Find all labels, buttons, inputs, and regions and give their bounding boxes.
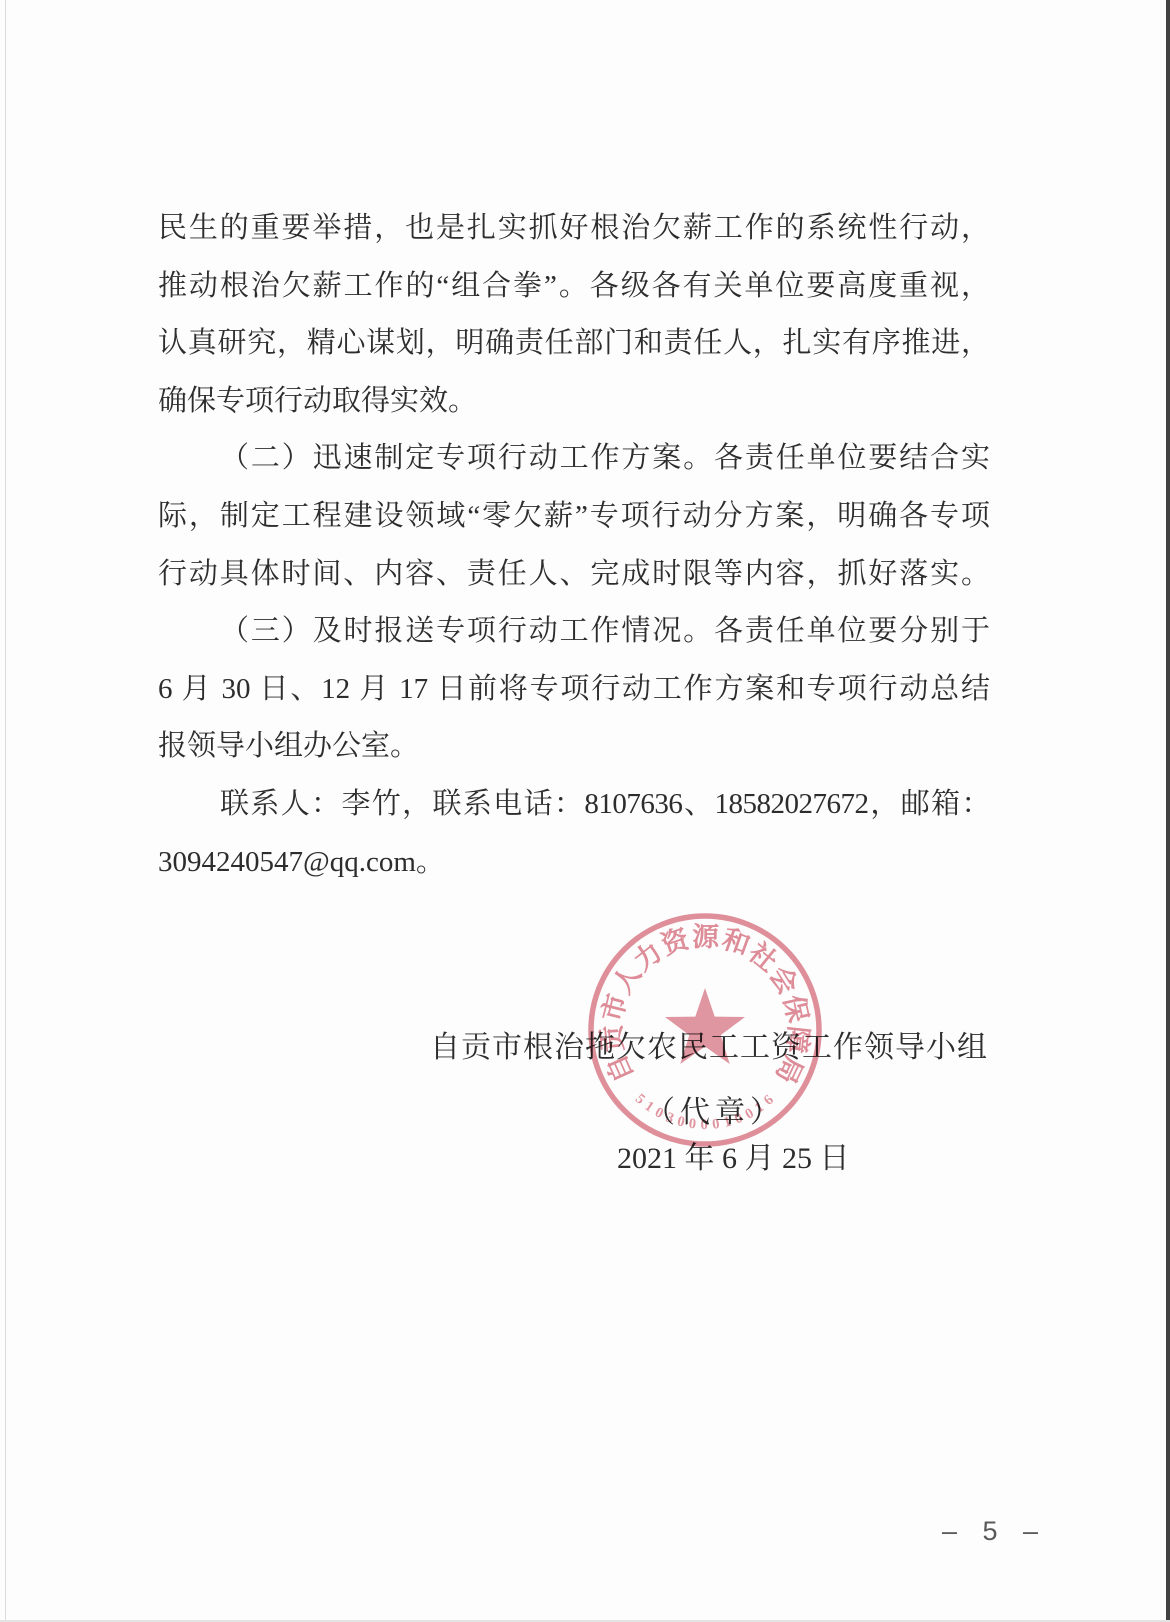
- body-line: 推动根治欠薪工作的“组合拳”。各级各有关单位要高度重视，: [158, 258, 990, 316]
- document-page: 民生的重要举措，也是扎实抓好根治欠薪工作的系统性行动， 推动根治欠薪工作的“组合…: [0, 0, 1170, 1622]
- scan-edge-right: [1166, 0, 1170, 1622]
- body-line: 确保专项行动取得实效。: [158, 373, 990, 431]
- body-line: 认真研究，精心谋划，明确责任部门和责任人，扎实有序推进，: [158, 315, 990, 373]
- body-line: 报领导小组办公室。: [158, 718, 990, 776]
- body-line: 民生的重要举措，也是扎实抓好根治欠薪工作的系统性行动，: [158, 200, 990, 258]
- scan-edge-left: [5, 0, 6, 1622]
- signature-org-name: 自贡市根治拖欠农民工工资工作领导小组: [430, 1022, 988, 1066]
- body-line: 行动具体时间、内容、责任人、完成时限等内容，抓好落实。: [158, 546, 990, 604]
- signature-proxy-note: （代章）: [645, 1087, 785, 1131]
- body-line: 6 月 30 日、12 月 17 日前将专项行动工作方案和专项行动总结: [158, 661, 990, 719]
- body-line: 际，制定工程建设领域“零欠薪”专项行动分方案，明确各专项: [158, 488, 990, 546]
- body-line: 联系人：李竹，联系电话：8107636、18582027672，邮箱：: [158, 776, 990, 834]
- document-body: 民生的重要举措，也是扎实抓好根治欠薪工作的系统性行动， 推动根治欠薪工作的“组合…: [158, 200, 990, 891]
- signature-date: 2021 年 6 月 25 日: [617, 1133, 850, 1177]
- body-line: 3094240547@qq.com。: [158, 834, 990, 892]
- page-number: – 5 –: [942, 1516, 1047, 1547]
- body-line: （二）迅速制定专项行动工作方案。各责任单位要结合实: [158, 430, 990, 488]
- body-line: （三）及时报送专项行动工作情况。各责任单位要分别于: [158, 603, 990, 661]
